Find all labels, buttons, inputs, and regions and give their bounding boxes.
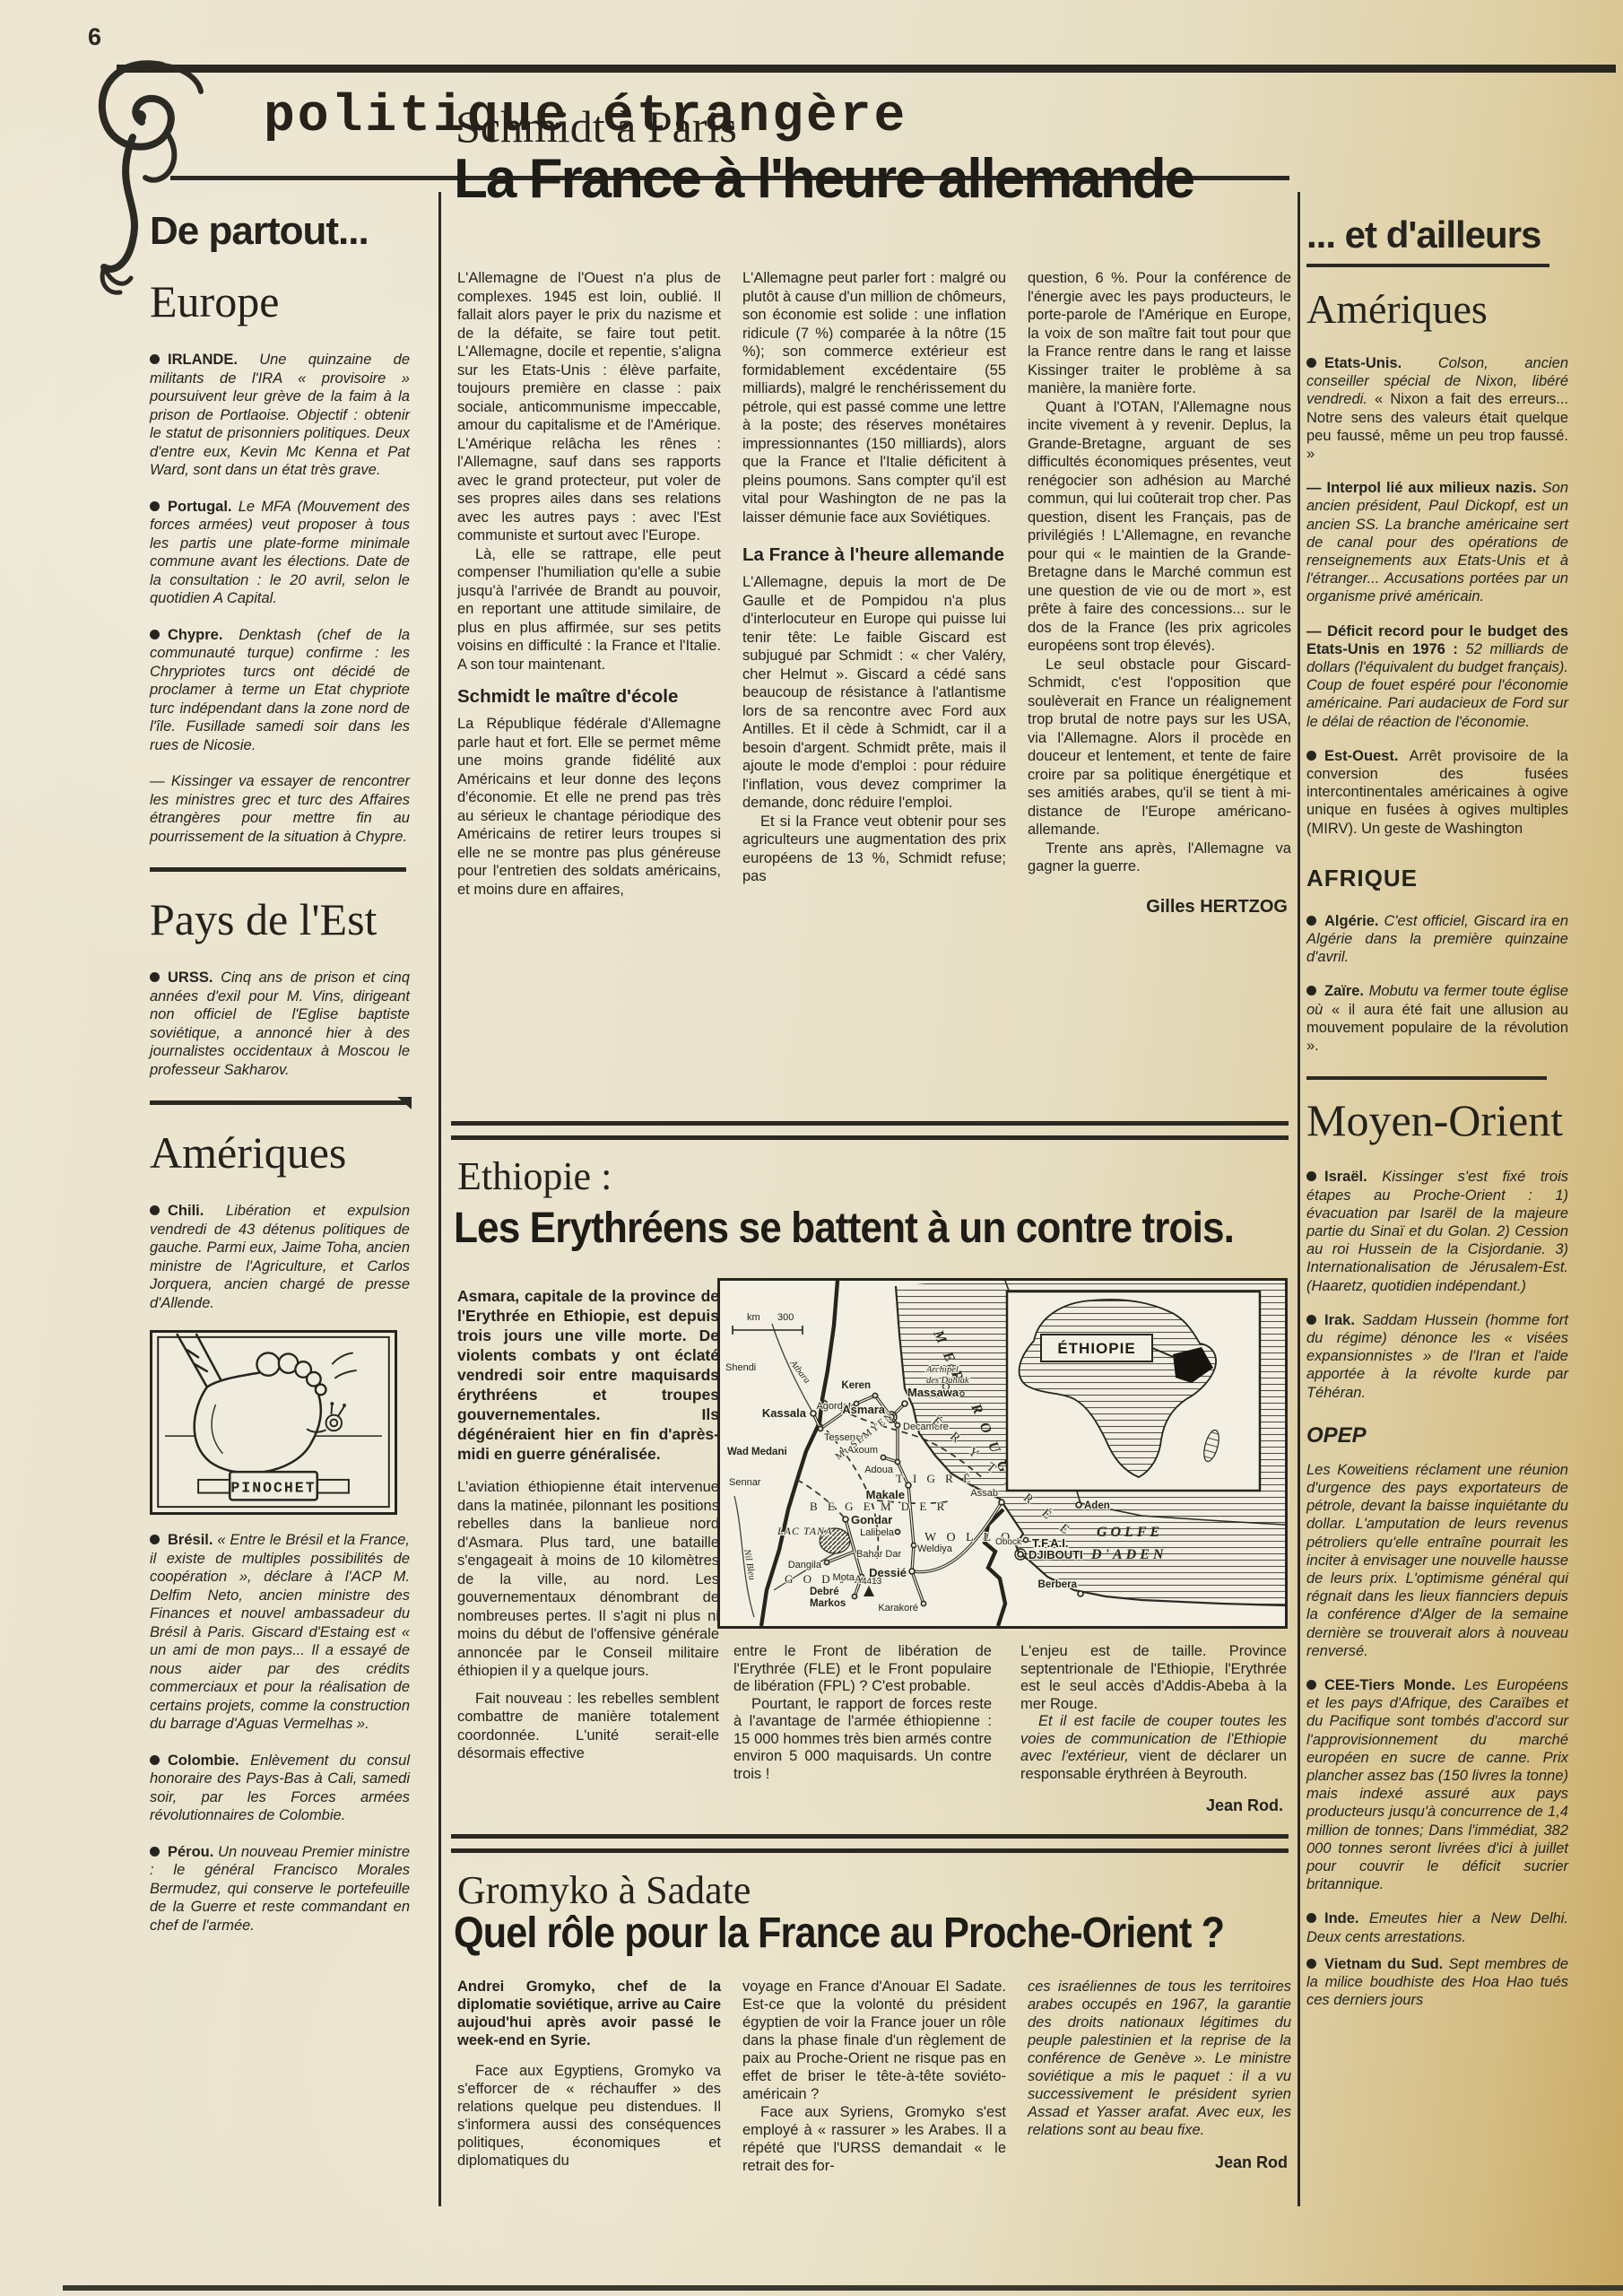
- paragraph: L'enjeu est de taille. Province septentr…: [1020, 1643, 1287, 1713]
- ethiopie-col-3: L'enjeu est de taille. Province septentr…: [1020, 1643, 1287, 1831]
- map-label: D'ADEN: [1090, 1547, 1167, 1562]
- left-column-kicker: De partout...: [150, 209, 410, 254]
- news-item-algerie: Algérie. C'est officiel, Giscard ira en …: [1306, 912, 1568, 967]
- section-rule: [451, 1848, 1289, 1853]
- news-item-interpol: — Interpol lié aux milieux nazis. Son an…: [1306, 479, 1568, 605]
- map-label: Aden: [1084, 1500, 1110, 1511]
- map-label: Keren: [841, 1380, 871, 1391]
- schmidt-col-2: L'Allemagne peut parler fort : malgré ou…: [742, 269, 1006, 934]
- bullet-icon: [1306, 1171, 1316, 1181]
- heading-moyen-orient: Moyen-Orient: [1306, 1094, 1568, 1146]
- item-text-quote: « il aura été fait une allusion au mouve…: [1306, 1002, 1568, 1054]
- schmidt-col-1: L'Allemagne de l'Ouest n'a plus de compl…: [457, 269, 721, 934]
- news-item-irak: Irak. Saddam Hussein (homme fort du régi…: [1306, 1311, 1568, 1402]
- africa-inset-map: ÉTHIOPIE: [1007, 1291, 1260, 1491]
- ethiopie-col-2: entre le Front de libération de l'Erythr…: [733, 1643, 992, 1783]
- map-label: Karakoré: [878, 1603, 918, 1613]
- paragraph: L'Allemagne de l'Ouest n'a plus de compl…: [457, 269, 721, 545]
- map-label: Asmara: [842, 1403, 885, 1416]
- paragraph: Le seul obstacle pour Giscard-Schmidt, c…: [1028, 656, 1291, 839]
- map-label: Bahar Dar: [856, 1549, 901, 1560]
- bullet-icon: [150, 1847, 160, 1857]
- section-rule: [150, 1100, 406, 1105]
- schmidt-kicker: Schmidt à Paris: [456, 100, 737, 152]
- bullet-icon: [150, 1205, 160, 1215]
- gromyko-col-2: voyage en France d'Anouar El Sadate. Est…: [742, 1978, 1006, 2187]
- bullet-icon: [150, 354, 160, 364]
- map-label: Lalibela: [860, 1527, 895, 1538]
- news-item-bresil: Brésil. « Entre le Brésil et la France, …: [150, 1531, 410, 1734]
- map-label: T I G R É: [896, 1472, 974, 1485]
- paragraph: Fait nouveau : les rebelles semblent com…: [457, 1690, 719, 1763]
- foot-cartoon-icon: PINOCHET: [152, 1333, 395, 1512]
- ethiopie-byline: Jean Rod.: [1020, 1797, 1287, 1815]
- map-label: des Dahlak: [926, 1376, 969, 1386]
- map-label: Berbera: [1038, 1579, 1078, 1590]
- right-divider: [1298, 192, 1300, 2206]
- bullet-icon: [150, 972, 160, 982]
- paragraph: Face aux Syriens, Gromyko s'est employé …: [742, 2103, 1006, 2175]
- gromyko-kicker: Gromyko à Sadate: [457, 1867, 751, 1913]
- map-label: Wad Medani: [727, 1447, 787, 1457]
- bullet-icon: [1306, 751, 1316, 761]
- item-text-italic: Les Européens et les pays d'Afrique, des…: [1306, 1677, 1568, 1892]
- paragraph: Et si la France veut obtenir pour ses ag…: [742, 813, 1006, 886]
- map-label: km: [747, 1312, 760, 1323]
- bullet-icon: [1306, 986, 1316, 996]
- paragraph: La République fédérale d'Allemagne parle…: [457, 715, 721, 899]
- map-label: GOLFE: [1097, 1525, 1163, 1540]
- paragraph: L'Allemagne peut parler fort : malgré ou…: [742, 269, 1006, 526]
- news-item-opep: Les Koweitiens réclament une réunion d'u…: [1306, 1461, 1568, 1660]
- right-news-column: ... et d'ailleurs Amériques Etats-Unis. …: [1306, 213, 1568, 2025]
- map-label: Sennar: [729, 1477, 761, 1488]
- heading-opep: OPEP: [1306, 1423, 1568, 1448]
- schmidt-article: L'Allemagne de l'Ouest n'a plus de compl…: [457, 269, 1291, 934]
- map-label: Massawa: [907, 1386, 959, 1399]
- left-divider: [438, 192, 441, 2206]
- map-label: Dessié: [869, 1566, 907, 1579]
- news-item-perou: Pérou. Un nouveau Premier ministre : le …: [150, 1843, 410, 1935]
- news-item-inde: Inde. Emeutes hier a New Delhi. Deux cen…: [1306, 1909, 1568, 1945]
- corner-mark-icon: [397, 1097, 412, 1109]
- ethiopie-kicker: Ethiopie :: [457, 1153, 612, 1199]
- news-item-portugal: Portugal. Le MFA (Mouvement des forces a…: [150, 498, 410, 608]
- map-label: Gondar: [851, 1513, 892, 1526]
- section-rule: [451, 1121, 1289, 1126]
- gromyko-article: Andrei Gromyko, chef de la diplomatie so…: [457, 1978, 1291, 2187]
- page-bottom-edge: [63, 2285, 1623, 2291]
- bullet-icon: [1306, 1315, 1316, 1325]
- section-rule: [451, 1834, 1289, 1839]
- news-item-vietnam: Vietnam du Sud. Sept membres de la milic…: [1306, 1955, 1568, 2010]
- map-label: LAC TANA: [777, 1525, 832, 1537]
- bullet-icon: [1306, 1959, 1316, 1969]
- bullet-icon: [150, 1535, 160, 1544]
- bullet-icon: [1306, 1680, 1316, 1690]
- map-label: Assab: [970, 1488, 998, 1499]
- news-item-urss: URSS. Cinq ans de prison et cinq années …: [150, 969, 410, 1079]
- heading-europe: Europe: [150, 275, 410, 327]
- news-item-cee: CEE-Tiers Monde. Les Européens et les pa…: [1306, 1676, 1568, 1893]
- map-label: Dangila: [788, 1560, 822, 1570]
- gromyko-col-1: Andrei Gromyko, chef de la diplomatie so…: [457, 1978, 721, 2187]
- gromyko-headline: Quel rôle pour la France au Proche-Orien…: [454, 1909, 1224, 1958]
- schmidt-subhead-2: La France à l'heure allemande: [742, 544, 1006, 566]
- map-label: DJIBOUTI: [1028, 1548, 1083, 1561]
- schmidt-col-3: question, 6 %. Pour la conférence de l'é…: [1028, 269, 1291, 934]
- paragraph: entre le Front de libération de l'Erythr…: [733, 1643, 992, 1696]
- schmidt-byline: Gilles HERTZOG: [1028, 898, 1291, 917]
- bullet-icon: [1306, 1913, 1316, 1923]
- gromyko-intro: Andrei Gromyko, chef de la diplomatie so…: [457, 1978, 721, 2049]
- map-label: Mota: [833, 1572, 855, 1583]
- gromyko-byline: Jean Rod: [1028, 2153, 1291, 2171]
- page-number: 6: [88, 23, 101, 51]
- map-label: Markos: [810, 1598, 846, 1609]
- paragraph: L'aviation éthiopienne était intervenue …: [457, 1478, 719, 1681]
- right-column-kicker: ... et d'ailleurs: [1306, 213, 1549, 267]
- news-item-zaire: Zaïre. Mobutu va fermer toute église où …: [1306, 982, 1568, 1055]
- paragraph: question, 6 %. Pour la conférence de l'é…: [1028, 269, 1291, 398]
- news-item-etats-unis: Etats-Unis. Colson, ancien conseiller sp…: [1306, 354, 1568, 463]
- schmidt-headline: La France à l'heure allemande: [454, 147, 1193, 211]
- map-label: Archipel: [925, 1365, 959, 1375]
- map-label: 300: [777, 1312, 794, 1323]
- heading-ameriques-right: Amériques: [1306, 285, 1568, 333]
- item-text-italic: Kissinger s'est fixé trois étapes au Pro…: [1306, 1169, 1568, 1293]
- paragraph: Et il est facile de couper toutes les vo…: [1020, 1713, 1287, 1783]
- news-item-est-ouest: Est-Ouest. Arrêt provisoire de la conver…: [1306, 747, 1568, 838]
- paragraph: Pourtant, le rapport de forces reste à l…: [733, 1696, 992, 1784]
- top-rule: [117, 65, 1616, 73]
- map-label: B E G E M D E R: [810, 1500, 948, 1513]
- news-item-colombie: Colombie. Enlèvement du consul honoraire…: [150, 1752, 410, 1825]
- section-rule: [1306, 1076, 1547, 1080]
- item-text-italic: Son ancien président, Paul Dickopf, est …: [1306, 480, 1568, 604]
- paragraph: voyage en France d'Anouar El Sadate. Est…: [742, 1978, 1006, 2103]
- pinochet-cartoon: PINOCHET: [150, 1330, 397, 1515]
- map-label: Weldiya: [917, 1544, 953, 1554]
- map-label: Shendi: [725, 1362, 756, 1373]
- left-news-column: De partout... Europe IRLANDE. Une quinza…: [150, 209, 410, 1952]
- news-item-israel: Israël. Kissinger s'est fixé trois étape…: [1306, 1168, 1568, 1294]
- schmidt-subhead-1: Schmidt le maître d'école: [457, 686, 721, 708]
- map-label: Debré: [810, 1587, 839, 1597]
- map-label: ÉTHIOPIE: [1057, 1340, 1135, 1357]
- paragraph: Face aux Egyptiens, Gromyko va s'efforce…: [457, 2062, 721, 2170]
- gromyko-col-3: ces israéliennes de tous les territoires…: [1028, 1978, 1291, 2187]
- map-label: Adoua: [864, 1465, 894, 1475]
- map-label: Obock: [995, 1537, 1022, 1547]
- bullet-icon: [1306, 916, 1316, 926]
- paragraph: ces israéliennes de tous les territoires…: [1028, 1978, 1291, 2139]
- paragraph: L'Allemagne, depuis la mort de De Gaulle…: [742, 573, 1006, 813]
- newspaper-page: 6 politique étrangère De partout... Euro…: [0, 0, 1623, 2296]
- ethiopie-col-1: Asmara, capitale de la province de l'Ery…: [457, 1286, 719, 1763]
- news-item-kissinger: — Kissinger va essayer de rencontrer les…: [150, 772, 410, 846]
- map-label: Kassala: [762, 1406, 807, 1420]
- heading-afrique: AFRIQUE: [1306, 865, 1568, 892]
- cartoon-caption: PINOCHET: [230, 1480, 316, 1497]
- section-rule: [150, 867, 406, 872]
- paragraph: Quant à l'OTAN, l'Allemagne nous incite …: [1028, 398, 1291, 656]
- news-item-deficit: — Déficit record pour le budget des Etat…: [1306, 622, 1568, 731]
- ethiopia-map: km 300 Shendi Atbara Kassala Tessenei Wa…: [717, 1278, 1288, 1629]
- paragraph: Trente ans après, l'Allemagne va gagner …: [1028, 839, 1291, 876]
- section-rule: [451, 1135, 1289, 1140]
- bullet-icon: [150, 1755, 160, 1765]
- paragraph: Là, elle se rattrape, elle peut compense…: [457, 545, 721, 674]
- ethiopie-intro: Asmara, capitale de la province de l'Ery…: [457, 1286, 719, 1464]
- news-item-chypre: Chypre. Denktash (chef de la communauté …: [150, 626, 410, 755]
- ethiopie-headline: Les Erythréens se battent à un contre tr…: [454, 1204, 1234, 1253]
- bullet-icon: [150, 501, 160, 511]
- heading-pays-de-lest: Pays de l'Est: [150, 893, 410, 945]
- news-item-irlande: IRLANDE. Une quinzaine de militants de l…: [150, 351, 410, 480]
- heading-ameriques-left: Amériques: [150, 1126, 410, 1178]
- bullet-icon: [1306, 358, 1316, 368]
- ethiopia-map-drawing: km 300 Shendi Atbara Kassala Tessenei Wa…: [720, 1281, 1285, 1626]
- bullet-icon: [150, 630, 160, 639]
- news-item-chili: Chili. Libération et expulsion vendredi …: [150, 1202, 410, 1312]
